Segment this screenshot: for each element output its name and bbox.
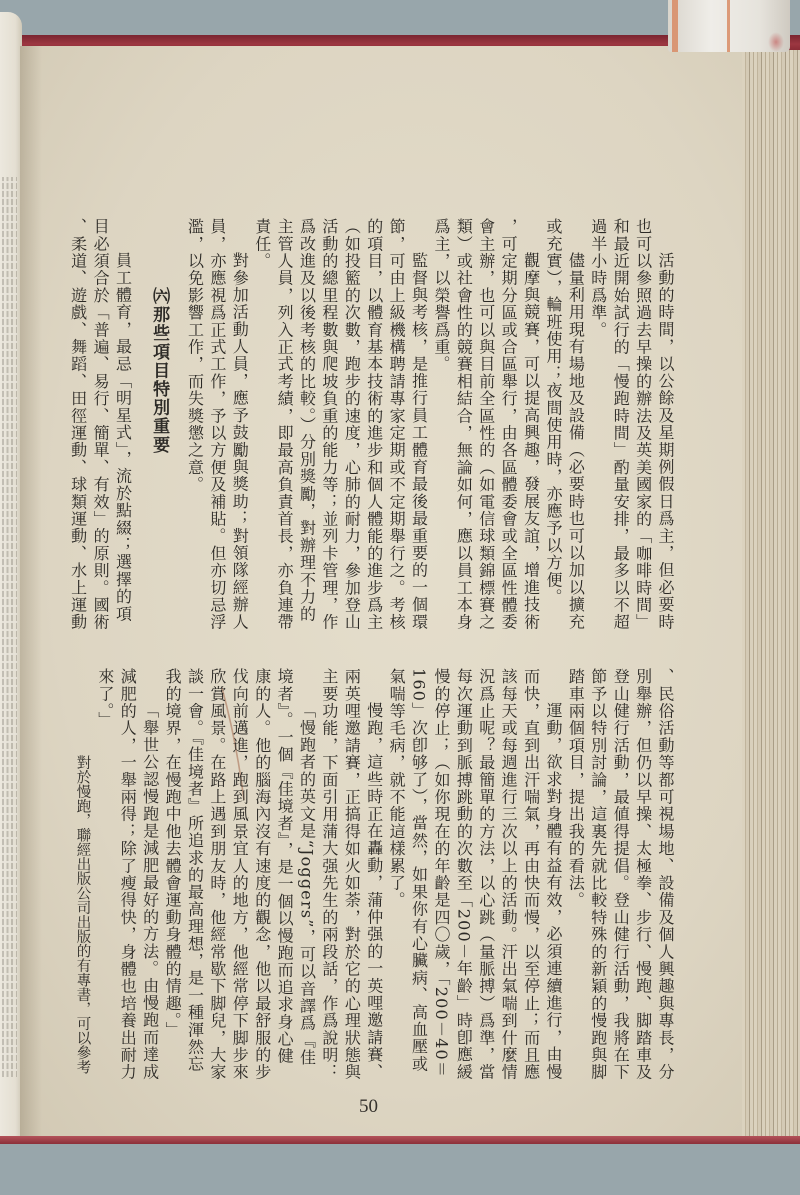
text-line: 談一會。『佳境者』所追求的最高理想，是一種渾然忘 [183, 668, 205, 1081]
text-line: 每次運動到脈搏跳動的次數至「200－年齡」時卽應緩 [452, 668, 474, 1081]
text-line: 和最近開始試行的「慢跑時間」酌量安排，最多以不超 [609, 218, 631, 631]
facing-page-text-fragment [2, 177, 17, 1077]
text-line: 節，可由上級機構聘請專家定期或不定期舉行之。考核 [385, 218, 407, 631]
lower-text-block: 、民俗活動等都可視場地、設備及個人興趣與專長，分 別舉辦，但仍以早操、太極拳、步… [71, 668, 676, 1081]
text-line: 160」次卽够了），當然，如果你有心臟病、高血壓或 [407, 668, 429, 1081]
text-line: 濫，以免影響工作，而失獎懲之意。 [183, 218, 205, 631]
page-number: 50 [359, 1096, 378, 1118]
text-line: 氣喘等毛病，就不能這樣累了。 [385, 668, 407, 1081]
text-line: 活動的總里程數與爬坡負重的能力等；並列卡管理，作 [318, 218, 340, 631]
text-line: 員，亦應視爲正式工作，予以方便及補貼。但亦切忌浮 [205, 218, 227, 631]
text-line: 主要功能，下面引用蒲大强先生的兩段話，作爲說明： [318, 668, 340, 1081]
text-line: 類）或社會性的競賽相結合，無論如何，應以員工本身 [452, 218, 474, 631]
text-line: 欣賞風景。在路上遇到朋友時，他經常歇下脚兒，大家 [205, 668, 227, 1081]
text-line: 的項目，以體育基本技術的進步和個人體能的進步爲主 [362, 218, 384, 631]
text-line: 或充實），輪班使用；夜間使用時，亦應予以方便。 [542, 218, 564, 631]
text-line: 活動的時間，以公餘及星期例假日爲主，但必要時 [654, 218, 676, 631]
bookmark-stain [768, 32, 784, 52]
text-line: 慢跑，這些時正在轟動，蒲仲强的一英哩邀請賽、 [362, 668, 384, 1081]
text-line: 我的境界，在慢跑中他去體會運動身體的情趣。」 [161, 668, 183, 1081]
text-line: 會主辦，也可以與目前全區性的（如電信球類錦標賽之 [474, 218, 496, 631]
section-heading: ㈥那些項目特別重要 [133, 218, 183, 631]
text-line: 「慢跑者的英文是“Joggers”，可以音譯爲『佳 [295, 668, 317, 1081]
text-line: 運動，欲求對身體有益有效，必須連續進行，由慢 [542, 668, 564, 1081]
text-line: 也可以參照過去早操的辦法及英美國家的「咖啡時間」 [631, 218, 653, 631]
text-line: ，可定期分區或合區舉行，由各區體委會或全區性體委 [497, 218, 519, 631]
text-line: 儘量利用現有場地及設備（必要時也可以加以擴充 [564, 218, 586, 631]
text-line: 觀摩與競賽，可以提高興趣，發展友誼，增進技術 [519, 218, 541, 631]
text-line: 主管人員，列入正式考績，即最高負責首長，亦負連帶 [273, 218, 295, 631]
bookmark-stripe [727, 0, 730, 52]
bookmark-stripe [672, 0, 678, 52]
text-line: 、柔道、遊戲、舞蹈、田徑運動、球類運動、水上運動 [66, 218, 88, 631]
text-line: 境者』。一個『佳境者』，是一個以慢跑而追求身心健 [273, 668, 295, 1081]
text-line: 責任。 [250, 218, 272, 631]
text-line: （如投籃的次數，跑步的速度，心肺的耐力，參加登山 [340, 218, 362, 631]
upper-text-block: 活動的時間，以公餘及星期例假日爲主，但必要時 也可以參照過去早操的辦法及英美國家… [66, 218, 676, 631]
text-line: 登山健行活動，最値得提倡。登山健行活動，我將在下 [609, 668, 631, 1081]
facing-page-edge [0, 12, 22, 1144]
text-line: 目必須合於「普遍、易行、簡單、有效」的原則。國術 [89, 218, 111, 631]
text-line: 爲改進及以後考核的比較。）分別獎勵，對辦理不力的 [295, 218, 317, 631]
text-line: 監督與考核，是推行員工體育最後最重要的一個環 [407, 218, 429, 631]
text-line: 兩英哩邀請賽，正搞得如火如荼，對於它的心理狀態與 [340, 668, 362, 1081]
text-line: 別舉辦，但仍以早操、太極拳、步行、慢跑、脚踏車及 [631, 668, 653, 1081]
text-line: 「舉世公認慢跑是減肥最好的方法。由慢跑而達成 [138, 668, 160, 1081]
text-line: 該每天或每週進行三次以上的活動。汗出氣喘到什麼情 [497, 668, 519, 1081]
text-line: 康的人。他的腦海內沒有速度的觀念，他以最舒服的步 [250, 668, 272, 1081]
text-line: 對於慢跑，聯經出版公司出版的有專書，可以參考 [71, 668, 93, 1081]
text-line: 況爲止呢？最簡單的方法，以心跳（量脈搏）爲準，當 [474, 668, 496, 1081]
book-cover-bottom-edge [0, 1136, 800, 1144]
paper-bookmark-tab [668, 0, 790, 52]
text-line: 而快，直到出汗喘氣，再由快而慢，以至停止；而且應 [519, 668, 541, 1081]
text-line: 來了。」 [93, 668, 115, 1081]
text-line: 爲主，以榮譽爲重。 [430, 218, 452, 631]
page-stack-edge [742, 50, 800, 1141]
text-line: 員工體育，最忌「明星式」，流於點綴；選擇的項 [111, 218, 133, 631]
text-line: 伐向前邁進，跑到風景宜人的地方，他經常停下脚步來 [228, 668, 250, 1081]
text-line: 慢的停止；（如你現在的年齡是四〇歲，「200－40＝ [430, 668, 452, 1081]
text-line: 過半小時爲準。 [586, 218, 608, 631]
text-line: 踏車兩個項目，提出我的看法。 [564, 668, 586, 1081]
text-line: 、民俗活動等都可視場地、設備及個人興趣與專長，分 [654, 668, 676, 1081]
text-line: 節予以特別討論，這裏先就比較特殊的新穎的慢跑與脚 [586, 668, 608, 1081]
text-line: 對參加活動人員，應予鼓勵與獎助；對領隊經辦人 [228, 218, 250, 631]
text-line: 減肥的人，一舉兩得；除了瘦得快，身體也培養出耐力 [116, 668, 138, 1081]
